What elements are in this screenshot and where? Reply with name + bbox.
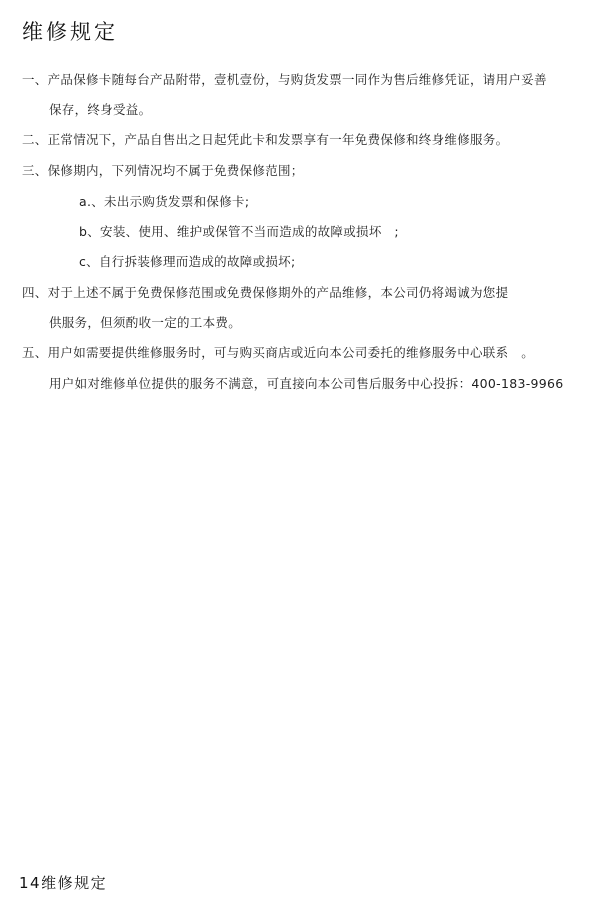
rule-5-line-1: 五、用户如需要提供维修服务时，可与购买商店或近向本公司委托的维修服务中心联系 。: [22, 343, 534, 361]
rule-3-item-b: b、安装、使用、维护或保管不当而造成的故障或损坏 ;: [79, 222, 399, 240]
rule-2: 二、正常情况下，产品自售出之日起凭此卡和发票享有一年免费保修和终身维修服务。: [22, 130, 508, 148]
rule-1-line-2: 保存，终身受益。: [49, 100, 151, 118]
rule-4-line-2: 供服务，但须酌收一定的工本费。: [49, 313, 241, 331]
rule-1-line-1: 一、产品保修卡随每台产品附带，壹机壹份，与购货发票一同作为售后维修凭证，请用户妥…: [22, 70, 547, 88]
rule-5-line-2: 用户如对维修单位提供的服务不满意，可直接向本公司售后服务中心投拆：400-183…: [49, 374, 564, 392]
page-footer: 14维修规定: [19, 872, 107, 893]
rule-3-item-c: c、自行拆装修理而造成的故障或损坏;: [79, 252, 296, 270]
rule-4-line-1: 四、对于上述不属于免费保修范围或免费保修期外的产品维修，本公司仍将竭诚为您提: [22, 283, 508, 301]
rule-3-item-a: a.、未出示购货发票和保修卡;: [79, 192, 249, 210]
page-title: 维修规定: [22, 16, 118, 46]
rule-3: 三、保修期内，下列情况均不属于免费保修范围；: [22, 161, 304, 179]
